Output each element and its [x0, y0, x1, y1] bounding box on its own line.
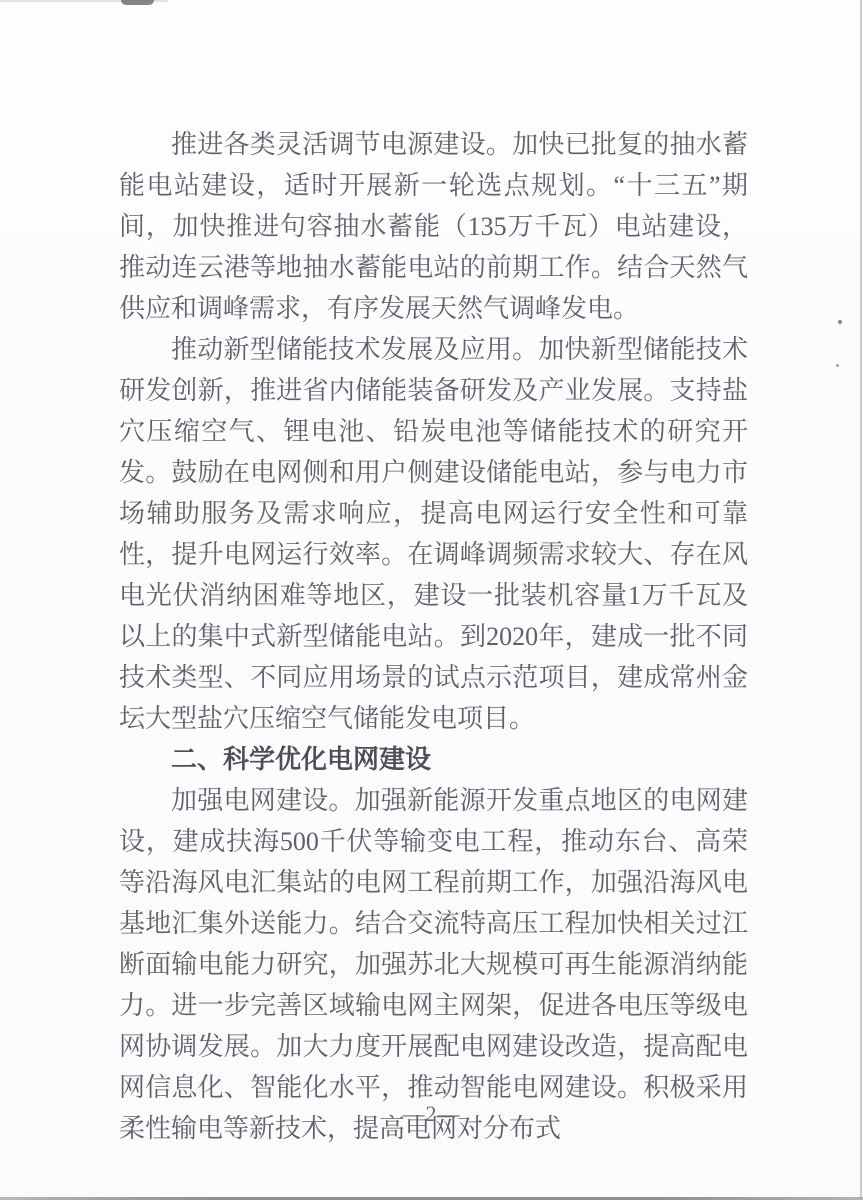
- section-heading-grid-optimization: 二、科学优化电网建设: [119, 739, 748, 780]
- paragraph-new-energy-storage: 推动新型储能技术发展及应用。加快新型储能技术研发创新，推进省内储能装备研发及产业…: [119, 329, 748, 739]
- scan-artifact-speck: [836, 364, 839, 367]
- scan-artifact-right-edge-shadow: [860, 0, 862, 1200]
- paragraph-grid-construction: 加强电网建设。加强新能源开发重点地区的电网建设，建成扶海500千伏等输变电工程，…: [119, 780, 748, 1149]
- document-body: 推进各类灵活调节电源建设。加快已批复的抽水蓄能电站建设，适时开展新一轮选点规划。…: [119, 124, 748, 1149]
- scanned-document-page: 推进各类灵活调节电源建设。加快已批复的抽水蓄能电站建设，适时开展新一轮选点规划。…: [0, 0, 863, 1200]
- scan-artifact-top-smudge: [121, 0, 154, 5]
- page-number: —2—: [0, 1098, 863, 1130]
- scan-artifact-speck: [838, 320, 842, 324]
- paragraph-flexible-power-sources: 推进各类灵活调节电源建设。加快已批复的抽水蓄能电站建设，适时开展新一轮选点规划。…: [119, 124, 748, 329]
